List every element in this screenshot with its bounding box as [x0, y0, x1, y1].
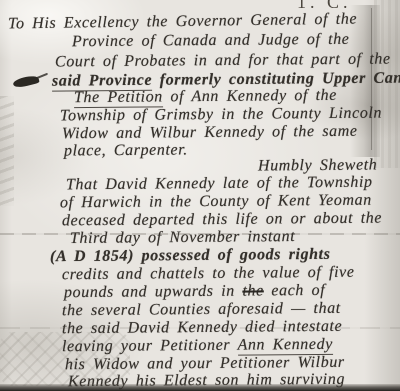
manuscript-line: deceased departed this life on or about … [62, 210, 382, 231]
underlined-phrase: Ann Kennedy [237, 336, 333, 355]
manuscript-line: pounds and upwards in the each of [64, 282, 325, 302]
manuscript-line: (A D 1854) possessed of goods rights [50, 246, 331, 266]
underlined-phrase: The Petition [74, 88, 163, 107]
line-text: each of [264, 282, 326, 300]
scanned-document-page: 1. C. To His Excellency the Governor Gen… [0, 0, 400, 391]
struck-word: the [242, 282, 264, 299]
humbly-sheweth-line: Humbly Sheweth [258, 156, 378, 175]
ink-blot [12, 74, 39, 89]
manuscript-line: Province of Canada and Judge of the [72, 31, 350, 51]
scan-bottom-edge [0, 384, 400, 391]
line-text: of Ann Kennedy of the [163, 87, 337, 106]
line-text: leaving your Petitioner [62, 337, 238, 356]
manuscript-line: place, Carpenter. [64, 141, 188, 160]
salutation-line: To His Excellency the Governor General o… [8, 11, 357, 34]
manuscript-line: the several Counties aforesaid — that [62, 300, 341, 320]
manuscript-line: Court of Probates in and for that part o… [55, 51, 391, 72]
manuscript-line: Widow and Wilbur Kennedy of the same [62, 123, 358, 144]
petition-title-line: The Petition of Ann Kennedy of the [74, 87, 337, 107]
manuscript-line: leaving your Petitioner Ann Kennedy [62, 336, 333, 356]
line-text: pounds and upwards in [64, 283, 243, 302]
manuscript-line: Third day of November instant [70, 228, 295, 248]
line-text: formerly constituting Upper Canada [152, 69, 400, 88]
paper-smudge [0, 96, 14, 206]
